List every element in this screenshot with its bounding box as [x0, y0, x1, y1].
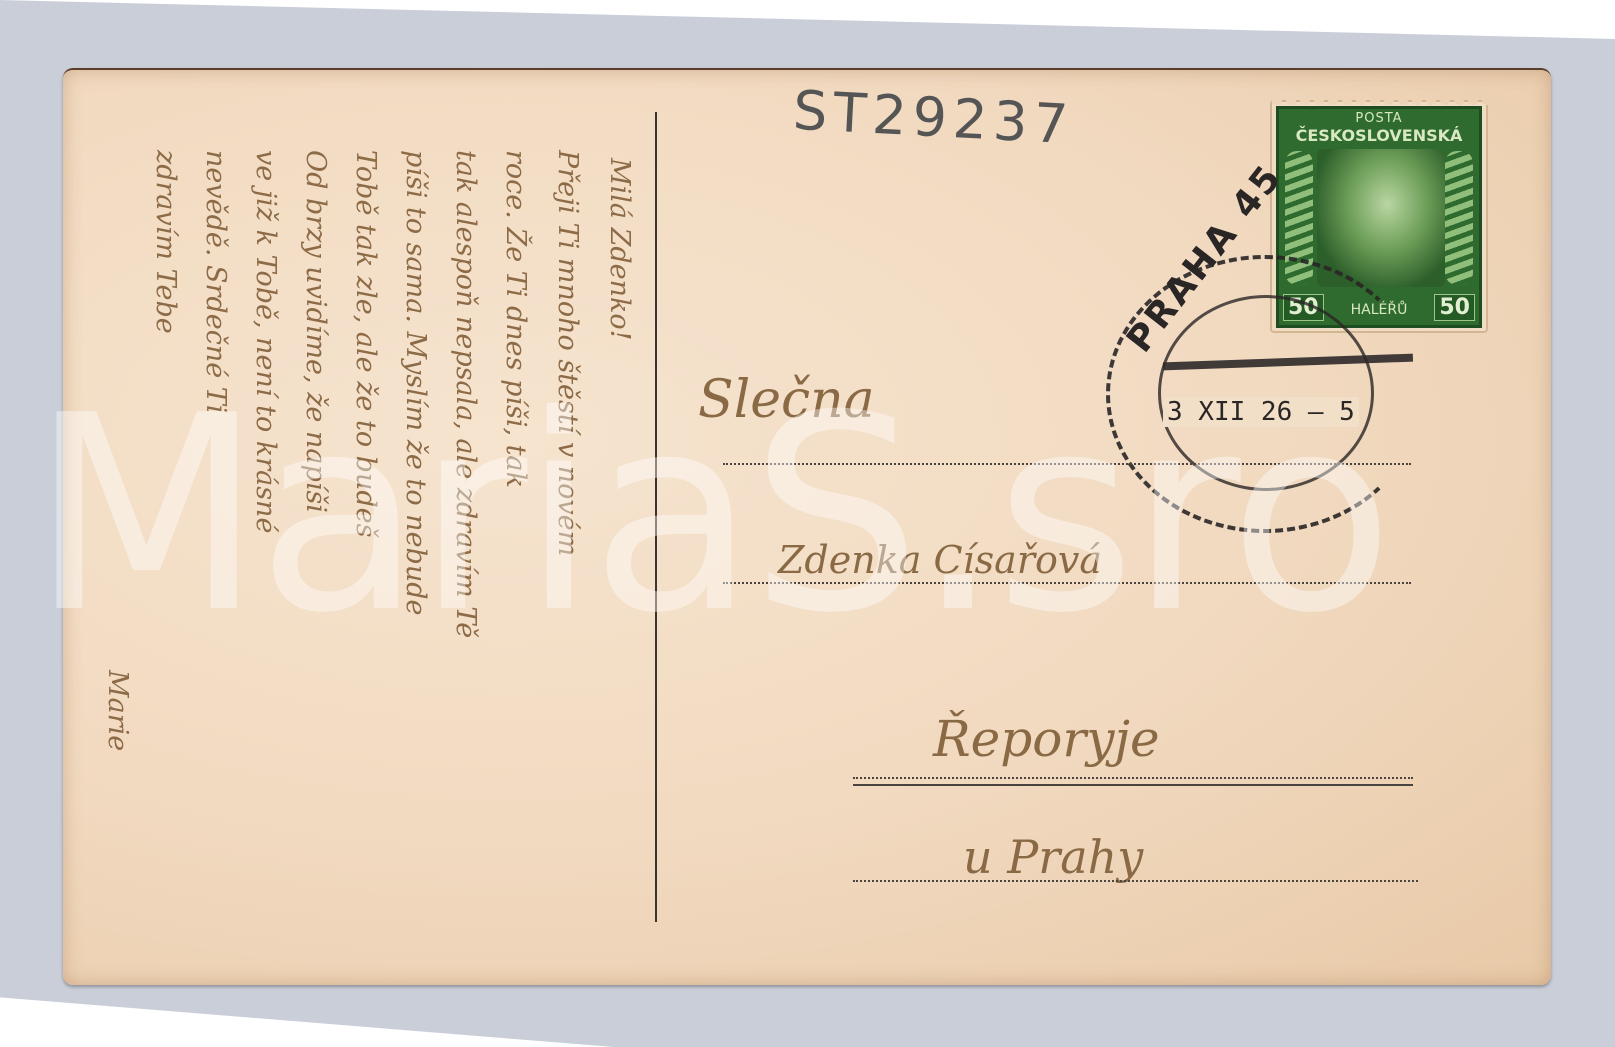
stamp-header: POSTA	[1279, 111, 1479, 126]
address-town: Řeporyje	[933, 710, 1160, 768]
stamp-value-right: 50	[1434, 294, 1475, 321]
message-line: zdravím Tebe	[150, 150, 181, 334]
watermark: MariaS.sro	[30, 380, 1388, 650]
address-region: u Prahy	[963, 830, 1143, 884]
address-underline	[853, 784, 1413, 786]
background-white-corner-bottom	[0, 985, 1615, 1047]
message-line: Milá Zdenko!	[604, 158, 635, 340]
address-line-4	[853, 880, 1418, 882]
laurel-right-icon	[1445, 151, 1473, 285]
signature: Marie	[102, 670, 133, 751]
background-white-corner-top	[0, 0, 1615, 75]
stamp-country: ČESKOSLOVENSKÁ	[1279, 126, 1479, 145]
stamp-portrait	[1317, 149, 1445, 287]
reference-number: ST29237	[792, 79, 1076, 157]
address-line-3	[853, 777, 1413, 779]
